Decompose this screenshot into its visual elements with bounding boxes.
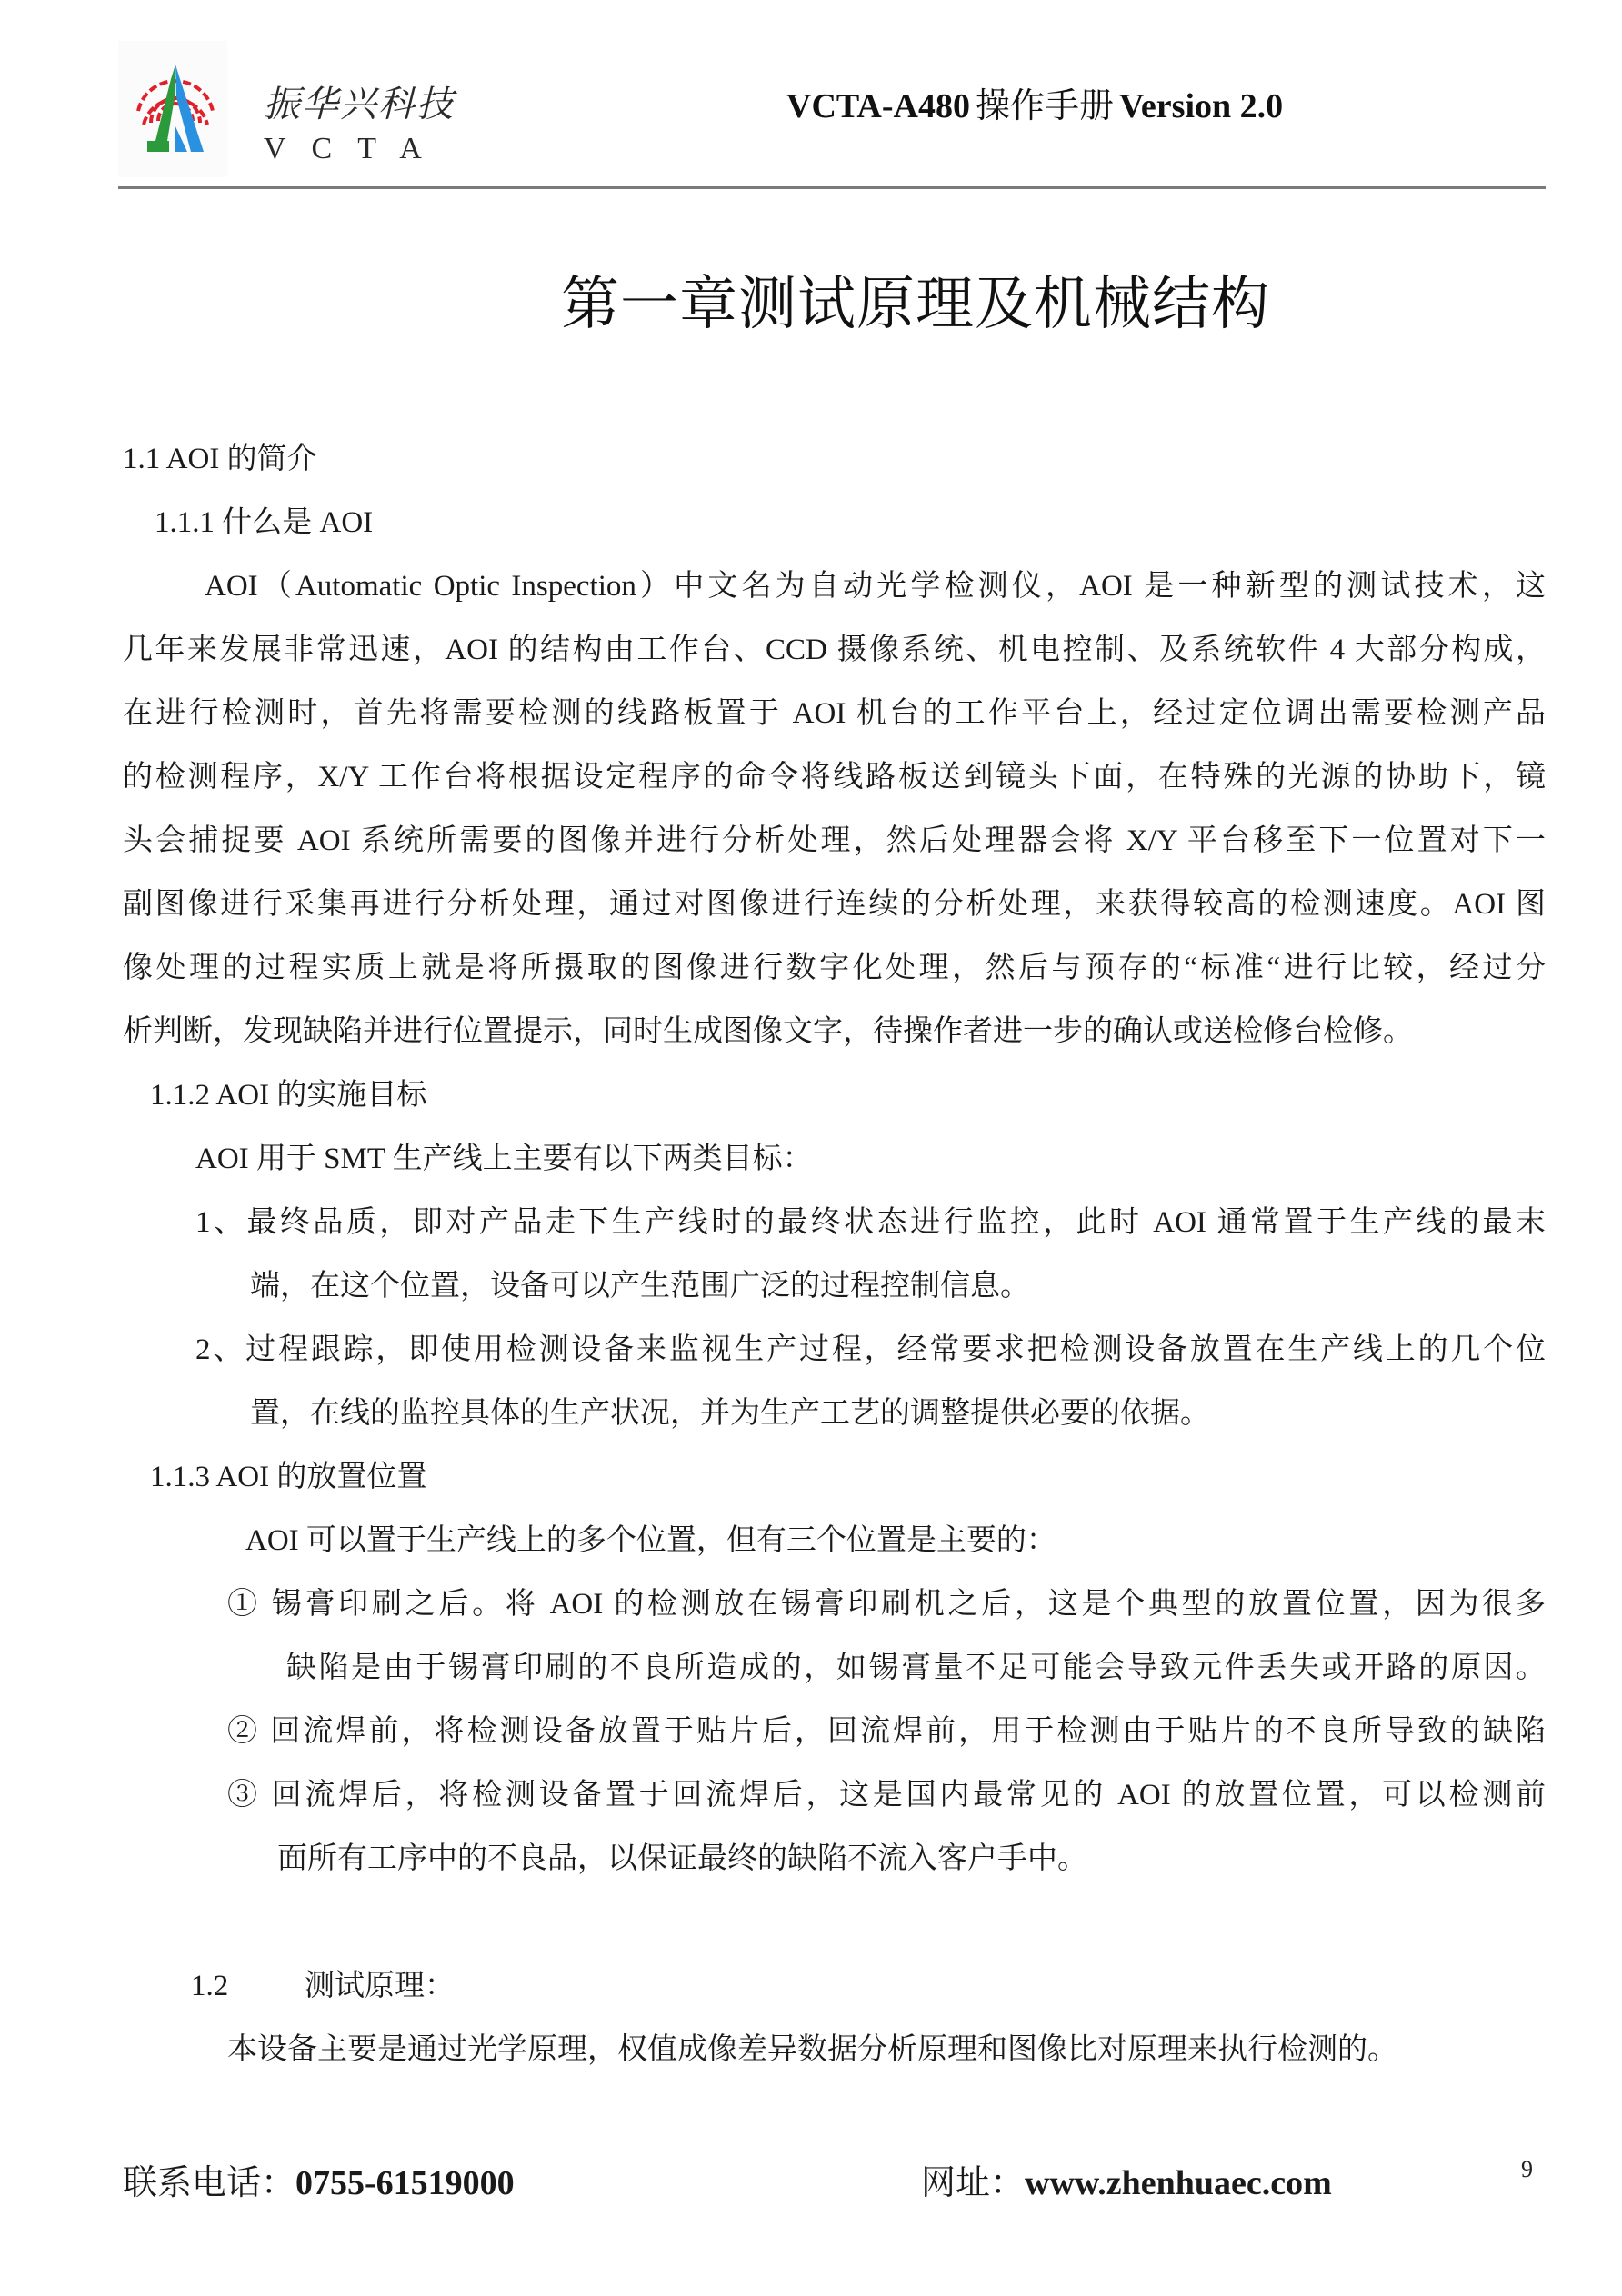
website-label: 网址： [921,2164,1025,2202]
goals-intro: AOI 用于 SMT 生产线上主要有以下两类目标： [123,1127,1546,1191]
paragraph-line: 析判断，发现缺陷并进行位置提示，同时生成图像文字，待操作者进一步的确认或送检修台… [123,1000,1546,1063]
header-divider [118,186,1546,189]
section-heading-1-1-2: 1.1.2 AOI 的实施目标 [123,1063,1546,1127]
website-link[interactable]: www.zhenhuaec.com [1025,2164,1332,2202]
section-heading-1-1-1: 1.1.1 什么是 AOI [123,491,1546,554]
doc-version: Version 2.0 [1119,87,1283,125]
document-body: 1.1 AOI 的简介 1.1.1 什么是 AOI AOI（Automatic … [123,427,1546,2081]
goal-item-2-cont: 置，在线的监控具体的生产状况，并为生产工艺的调整提供必要的依据。 [123,1382,1546,1445]
contact-website: 网址：www.zhenhuaec.com [921,2154,1332,2204]
placement-item-3-cont: 面所有工序中的不良品，以保证最终的缺陷不流入客户手中。 [123,1827,1546,1891]
paragraph-line: 几年来发展非常迅速，AOI 的结构由工作台、CCD 摄像系统、机电控制、及系统软… [123,618,1546,682]
section-heading-1-1: 1.1 AOI 的简介 [123,427,1546,491]
brand-name-cn: 振华兴科技 [264,75,455,127]
page-header: 振华兴科技 VCTA VCTA-A480操作手册Version 2.0 [118,41,1546,186]
phone-label: 联系电话： [123,2164,295,2202]
section-heading-1-1-3: 1.1.3 AOI 的放置位置 [123,1445,1546,1509]
paragraph-line: 像处理的过程实质上就是将所摄取的图像进行数字化处理，然后与预存的“标准“进行比较… [123,936,1546,1000]
doc-model: VCTA-A480 [786,87,970,125]
chapter-title: 第一章测试原理及机械结构 [0,257,1622,341]
section-title: 测试原理： [305,1970,455,2002]
section-heading-1-2: 1.2测试原理： [123,1954,1546,2018]
page-number: 9 [1521,2156,1533,2183]
placement-item-3: ③ 回流焊后，将检测设备置于回流焊后，这是国内最常见的 AOI 的放置位置，可以… [123,1763,1546,1827]
spacer [123,1891,1546,1954]
doc-title-cn: 操作手册 [976,87,1114,125]
section-number: 1.2 [191,1954,305,2018]
paragraph-line: 头会捕捉要 AOI 系统所需要的图像并进行分析处理，然后处理器会将 X/Y 平台… [123,809,1546,873]
principle-paragraph: 本设备主要是通过光学原理，权值成像差异数据分析原理和图像比对原理来执行检测的。 [123,2018,1546,2081]
goal-item-2: 2、过程跟踪，即使用检测设备来监视生产过程，经常要求把检测设备放置在生产线上的几… [123,1318,1546,1382]
placement-item-1-cont: 缺陷是由于锡膏印刷的不良所造成的，如锡膏量不足可能会导致元件丢失或开路的原因。 [123,1636,1546,1700]
goal-item-1-cont: 端，在这个位置，设备可以产生范围广泛的过程控制信息。 [123,1254,1546,1318]
brand-name-en: VCTA [264,132,447,166]
phone-number: 0755-61519000 [295,2164,515,2202]
document-title: VCTA-A480操作手册Version 2.0 [786,77,1283,127]
paragraph-line: AOI（Automatic Optic Inspection）中文名为自动光学检… [123,554,1546,618]
placement-item-2: ② 回流焊前，将检测设备放置于贴片后，回流焊前，用于检测由于贴片的不良所导致的缺… [123,1700,1546,1763]
goal-item-1: 1、最终品质，即对产品走下生产线时的最终状态进行监控，此时 AOI 通常置于生产… [123,1191,1546,1254]
placement-intro: AOI 可以置于生产线上的多个位置，但有三个位置是主要的： [123,1509,1546,1572]
contact-phone: 联系电话：0755-61519000 [123,2154,515,2204]
company-logo [118,41,227,177]
paragraph-line: 在进行检测时，首先将需要检测的线路板置于 AOI 机台的工作平台上，经过定位调出… [123,682,1546,745]
paragraph-line: 副图像进行采集再进行分析处理，通过对图像进行连续的分析处理，来获得较高的检测速度… [123,873,1546,936]
placement-item-1: ① 锡膏印刷之后。将 AOI 的检测放在锡膏印刷机之后，这是个典型的放置位置，因… [123,1572,1546,1636]
vcta-tower-logo-icon [135,61,216,161]
page-footer: 联系电话：0755-61519000 网址：www.zhenhuaec.com [123,2154,1546,2209]
paragraph-line: 的检测程序，X/Y 工作台将根据设定程序的命令将线路板送到镜头下面，在特殊的光源… [123,745,1546,809]
